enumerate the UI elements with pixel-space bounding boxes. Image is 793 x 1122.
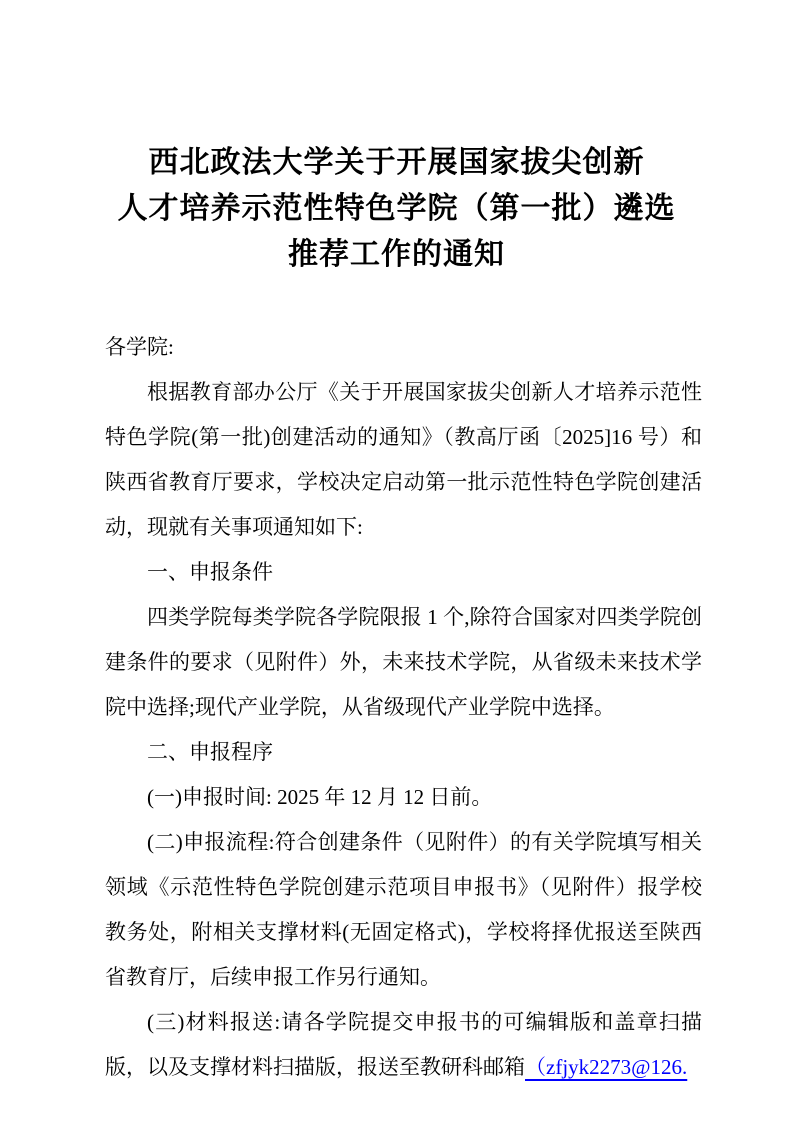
salutation: 各学院: (105, 325, 702, 370)
paragraph-application-process: (二)申报流程:符合创建条件（见附件）的有关学院填写相关领域《示范性特色学院创建… (105, 820, 702, 1000)
document-title: 西北政法大学关于开展国家拔尖创新 人才培养示范性特色学院（第一批）遴选 推荐工作… (0, 0, 793, 278)
section-heading-application-conditions: 一、申报条件 (105, 550, 702, 595)
title-line-1: 西北政法大学关于开展国家拔尖创新 (0, 140, 793, 186)
paragraph-quota-rules: 四类学院每类学院各学院限报 1 个,除符合国家对四类学院创建条件的要求（见附件）… (105, 595, 702, 730)
title-line-3: 推荐工作的通知 (0, 232, 793, 278)
paragraph-material-submission: (三)材料报送:请各学院提交申报书的可编辑版和盖章扫描版，以及支撑材料扫描版，报… (105, 1000, 702, 1090)
document-page: 西北政法大学关于开展国家拔尖创新 人才培养示范性特色学院（第一批）遴选 推荐工作… (0, 0, 793, 1122)
title-line-2: 人才培养示范性特色学院（第一批）遴选 (0, 186, 793, 232)
paragraph-basis: 根据教育部办公厅《关于开展国家拔尖创新人才培养示范性特色学院(第一批)创建活动的… (105, 370, 702, 550)
paragraph-application-time: (一)申报时间: 2025 年 12 月 12 日前。 (105, 775, 702, 820)
document-body: 各学院: 根据教育部办公厅《关于开展国家拔尖创新人才培养示范性特色学院(第一批)… (105, 325, 702, 1090)
section-heading-application-procedure: 二、申报程序 (105, 730, 702, 775)
email-link[interactable]: （zfjyk2273@126. (525, 1055, 687, 1079)
